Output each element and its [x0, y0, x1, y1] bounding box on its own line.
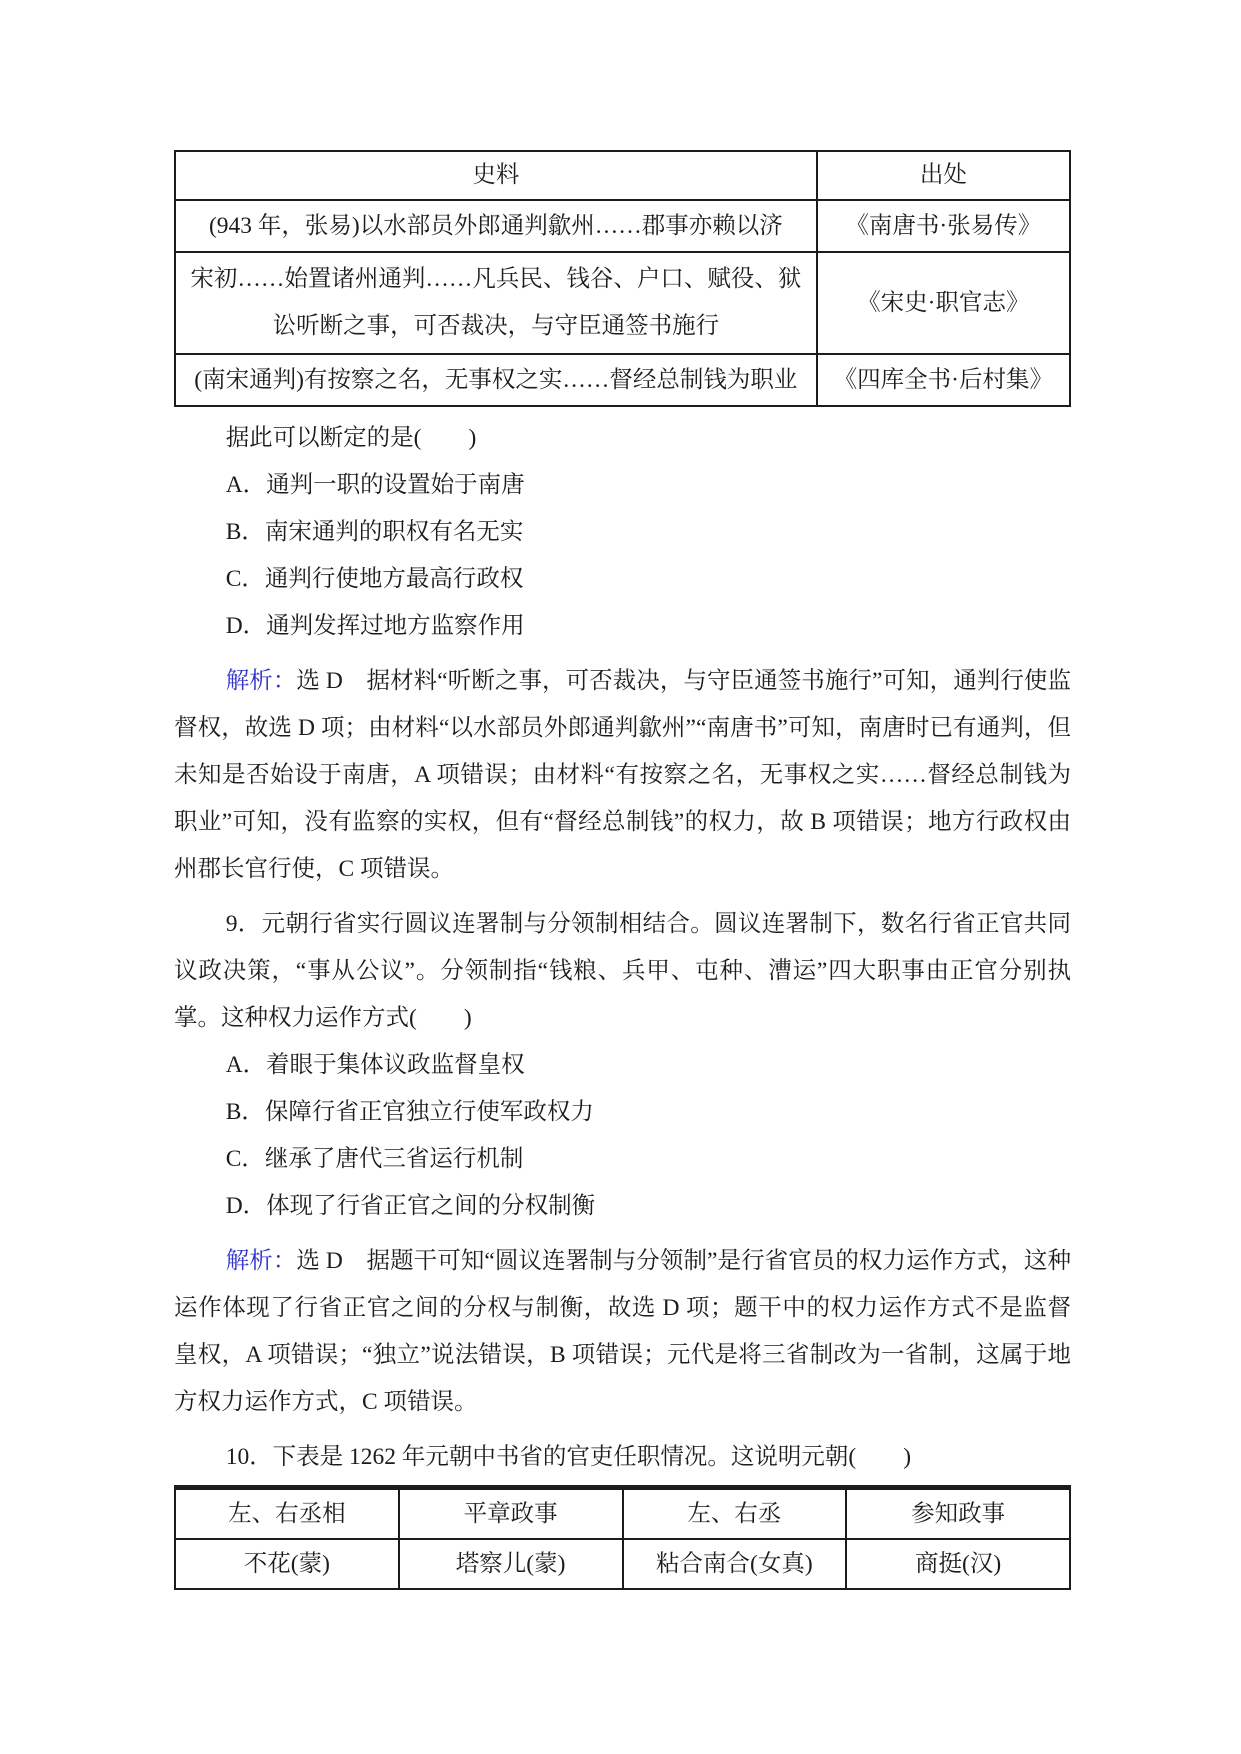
table-header-row: 史料 出处 [175, 151, 1070, 200]
document-page: 史料 出处 (943 年，张易)以水部员外郎通判歙州……郡事亦赖以济 《南唐书·… [0, 0, 1241, 1754]
q8-option-d: D．通判发挥过地方监察作用 [174, 603, 1071, 650]
official-cell: 塔察儿(蒙) [399, 1539, 623, 1589]
header-cell: 左、右丞相 [175, 1488, 399, 1540]
q8-option-a: A．通判一职的设置始于南唐 [174, 462, 1071, 509]
source-cell: 《南唐书·张易传》 [817, 200, 1070, 252]
q8-analysis: 解析：选 D 据材料“听断之事，可否裁决，与守臣通签书施行”可知，通判行使监督权… [174, 658, 1071, 893]
analysis-label: 解析： [226, 668, 297, 694]
q8-option-b: B．南宋通判的职权有名无实 [174, 509, 1071, 556]
q8-stem: 据此可以断定的是( ) [174, 415, 1071, 462]
header-cell-source: 出处 [817, 151, 1070, 200]
table-row: 不花(蒙) 塔察儿(蒙) 粘合南合(女真) 商挺(汉) [175, 1539, 1070, 1589]
officials-table: 左、右丞相 平章政事 左、右丞 参知政事 不花(蒙) 塔察儿(蒙) 粘合南合(女… [174, 1485, 1071, 1590]
table-row: 宋初……始置诸州通判……凡兵民、钱谷、户口、赋役、狱讼听断之事，可否裁决，与守臣… [175, 252, 1070, 354]
material-cell: 宋初……始置诸州通判……凡兵民、钱谷、户口、赋役、狱讼听断之事，可否裁决，与守臣… [175, 252, 817, 354]
material-cell: (南宋通判)有按察之名，无事权之实……督经总制钱为职业 [175, 354, 817, 406]
header-cell: 平章政事 [399, 1488, 623, 1540]
header-cell: 参知政事 [846, 1488, 1070, 1540]
q9-option-c: C．继承了唐代三省运行机制 [174, 1136, 1071, 1183]
q9-stem: 9．元朝行省实行圆议连署制与分领制相结合。圆议连署制下，数名行省正官共同议政决策… [174, 901, 1071, 1042]
source-cell: 《宋史·职官志》 [817, 252, 1070, 354]
analysis-text: 选 D 据材料“听断之事，可否裁决，与守臣通签书施行”可知，通判行使监督权，故选… [174, 668, 1071, 882]
material-cell: (943 年，张易)以水部员外郎通判歙州……郡事亦赖以济 [175, 200, 817, 252]
analysis-label: 解析： [226, 1248, 297, 1274]
q9-option-a: A．着眼于集体议政监督皇权 [174, 1042, 1071, 1089]
analysis-text: 选 D 据题干可知“圆议连署制与分领制”是行省官员的权力运作方式，这种运作体现了… [174, 1248, 1071, 1415]
header-cell-material: 史料 [175, 151, 817, 200]
q10-stem: 10．下表是 1262 年元朝中书省的官吏任职情况。这说明元朝( ) [174, 1434, 1071, 1481]
q9-option-b: B．保障行省正官独立行使军政权力 [174, 1089, 1071, 1136]
table-header-row: 左、右丞相 平章政事 左、右丞 参知政事 [175, 1488, 1070, 1540]
source-cell: 《四库全书·后村集》 [817, 354, 1070, 406]
q8-option-c: C．通判行使地方最高行政权 [174, 556, 1071, 603]
official-cell: 粘合南合(女真) [623, 1539, 847, 1589]
page-content: 史料 出处 (943 年，张易)以水部员外郎通判歙州……郡事亦赖以济 《南唐书·… [174, 150, 1071, 1590]
official-cell: 商挺(汉) [846, 1539, 1070, 1589]
header-cell: 左、右丞 [623, 1488, 847, 1540]
official-cell: 不花(蒙) [175, 1539, 399, 1589]
q9-option-d: D．体现了行省正官之间的分权制衡 [174, 1183, 1071, 1230]
q9-analysis: 解析：选 D 据题干可知“圆议连署制与分领制”是行省官员的权力运作方式，这种运作… [174, 1238, 1071, 1426]
table-row: (南宋通判)有按察之名，无事权之实……督经总制钱为职业 《四库全书·后村集》 [175, 354, 1070, 406]
table-row: (943 年，张易)以水部员外郎通判歙州……郡事亦赖以济 《南唐书·张易传》 [175, 200, 1070, 252]
historical-source-table: 史料 出处 (943 年，张易)以水部员外郎通判歙州……郡事亦赖以济 《南唐书·… [174, 150, 1071, 407]
